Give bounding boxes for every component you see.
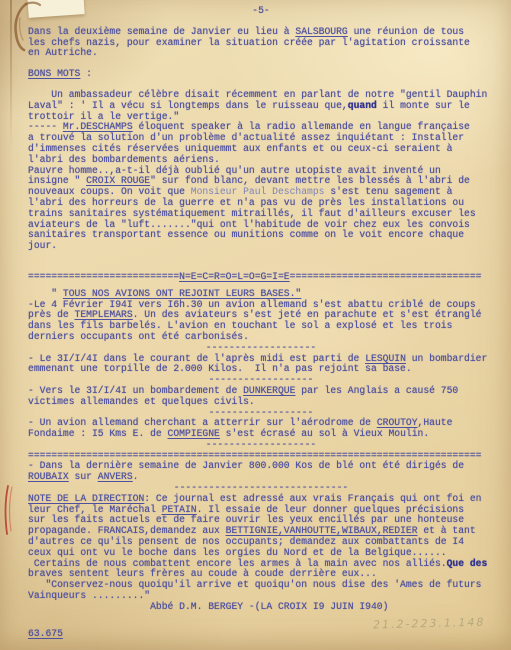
typed-segment: Pauvre homme..,a-t-il déjà oublié qu'un … [28, 165, 441, 176]
typed-segment: un bombardier [406, 353, 487, 364]
typed-segment: l'abri des bombardements aériens. [28, 154, 220, 165]
typed-segment: "Conservez-nous quoiqu'il arrive et quoi… [28, 579, 481, 590]
typed-segment: - Le 3I/I/4I dans le courant de l'après … [28, 353, 365, 364]
typed-segment: par les Anglais a causé 750 [295, 385, 458, 396]
typed-segment: trains sanitaires systématiquement mitra… [28, 208, 476, 219]
typed-segment: NOTE DE LA DIRECTION [28, 493, 144, 504]
paper-crease [10, 0, 12, 150]
typed-segment: LESQUIN [365, 353, 406, 364]
typed-segment: emmenant une torpille de 2.000 Kilos. Il… [28, 363, 412, 374]
typed-segment: CROIX ROUGE [86, 175, 150, 186]
typed-segment: N=E=C=R=O=L=O=G=I=E [179, 271, 289, 282]
typed-line: en Autriche. [28, 48, 494, 59]
typed-segment: - Un avion allemand cherchant a atterrir… [28, 417, 377, 428]
typed-segment: et à tant [418, 525, 476, 536]
typed-segment: ------------------ [209, 407, 314, 418]
typed-segment: sur [69, 471, 98, 482]
typed-segment: Abbé D.M. BERGEY -(LA CROIX I9 JUIN I940… [28, 601, 388, 612]
typed-segment: Dans la deuxième semaine de Janvier eu l… [28, 26, 295, 37]
typed-segment: insigne " [28, 175, 86, 186]
typed-segment: aviateurs de la "luft......."qui ont l'h… [28, 219, 470, 230]
typed-segment: ----- [28, 121, 63, 132]
typed-segment: éloquent speaker à la radio allemande en… [133, 121, 470, 132]
typed-segment: . [133, 471, 139, 482]
archive-stamp: 63.675 [28, 629, 494, 640]
section-heading: BONS MOTS : [28, 69, 494, 80]
typed-segment: jour. [28, 240, 57, 251]
typed-segment: TEMPLEMARS [75, 309, 133, 320]
typed-segment: sanitaires transportant essence ou munit… [28, 229, 464, 240]
typed-segment: sur les faits actuels et de faire ouvrir… [28, 514, 464, 525]
typed-segment: derniers occupants ont été carbonisés. [28, 331, 249, 342]
typed-line: jour. [28, 241, 494, 252]
typed-segment: Fondaime : I5 Kms E. de [28, 428, 168, 439]
typed-segment: DUNKERQUE [243, 385, 295, 396]
typed-segment: près de [28, 309, 75, 320]
typed-segment: victimes allemandes et quelques civils. [28, 396, 255, 407]
typed-segment: s'est tenu sagement à [325, 186, 453, 197]
typed-segment: l'abri des horreurs de la guerre et n'a … [28, 197, 464, 208]
typed-segment: ------------------------------ [174, 482, 348, 493]
typed-segment: a trouvé la solution d'un problème d'act… [28, 132, 464, 143]
typed-segment: ------------------- [206, 342, 316, 353]
necrologie-divider: ==========================N=E=C=R=O=L=O=… [28, 272, 494, 283]
typed-segment: Laval" : ' Il a vécu si longtemps dans l… [28, 100, 348, 111]
typed-segment: ceux qui ont vu le boche dans les orgies… [28, 547, 447, 558]
typed-segment: nouveaux coups. On voit que [28, 186, 191, 197]
typed-segment: TOUS NOS AVIONS ONT REJOINT LEURS BASES.… [63, 288, 301, 299]
typed-segment: Monsieur Paul Deschamps [191, 186, 325, 197]
typed-segment: d'autres ce qu'ils pensent de nos occupa… [28, 536, 464, 547]
page-number: -5- [28, 6, 494, 17]
typed-segment: BONS MOTS [28, 68, 80, 79]
red-margin-mark [6, 486, 12, 534]
typed-segment: les chefs nazis, pour examiner la situat… [28, 37, 470, 48]
typed-segment: . Un des aviateurs s'est jeté en parachu… [133, 309, 482, 320]
typed-segment: " [28, 288, 63, 299]
typed-segment: dans les fils barbelés. L'avion en touch… [28, 320, 452, 331]
typed-segment: - Dans la dernière semaine de Janvier 80… [28, 460, 464, 471]
typed-segment: propagande. FRANCAIS,demandez aux [28, 525, 226, 536]
typed-segment: " sur fond blanc, devant mettre les bles… [150, 175, 470, 186]
document-page: -5-Dans la deuxième semaine de Janvier e… [0, 0, 511, 650]
typed-segment: - Vers le 3I/I/4I un bombardement de [28, 385, 243, 396]
typed-segment: -5- [252, 5, 269, 16]
typed-segment: SALSBOURG [295, 26, 347, 37]
typed-segment: 63.675 [28, 628, 63, 639]
typed-line: sanitaires transportant essence ou munit… [28, 230, 494, 241]
typed-segment: ================================= [290, 271, 482, 282]
typed-segment: Vainqueurs ........." [28, 590, 150, 601]
typed-segment: ========================== [28, 271, 179, 282]
typed-segment: ,Haute [418, 417, 453, 428]
typed-segment: quand [348, 100, 377, 111]
typed-segment: ------------------ [209, 374, 314, 385]
typed-segment: ANVERS [98, 471, 133, 482]
typed-segment: il monte sur le [377, 100, 470, 111]
typed-segment: Certains de nous combattent encore les a… [28, 558, 447, 569]
typed-segment: : [80, 68, 92, 79]
typed-segment: ROUBAIX [28, 471, 69, 482]
typed-segment: Que des [447, 558, 488, 569]
typed-segment: Un ambassadeur célèbre disait récemment … [28, 89, 487, 100]
typed-segment: BETTIGNIE,VANHOUTTE,WIBAUX,REDIER [226, 525, 418, 536]
typed-segment: -Le 4 Février I94I vers I6h.30 un avion … [28, 299, 476, 310]
typed-segment: braves sentent leurs frères au coude à c… [28, 568, 377, 579]
typed-segment: CROUTOY [377, 417, 418, 428]
typed-segment: une réunion de tous [348, 26, 464, 37]
typed-segment: trottoir il a le vertige." [28, 111, 179, 122]
typed-segment: s'est écrasé au sol à Vieux Moulin. [220, 428, 429, 439]
typed-segment: COMPIEGNE [168, 428, 220, 439]
typed-segment: : Ce journal est adressé aux vrais Franç… [144, 493, 481, 504]
signature-line: Abbé D.M. BERGEY -(LA CROIX I9 JUIN I940… [28, 602, 494, 613]
typed-segment: ------------------- [206, 439, 316, 450]
typed-segment: en Autriche. [28, 47, 98, 58]
typed-text-body: -5-Dans la deuxième semaine de Janvier e… [28, 2, 494, 639]
typed-segment: d'immenses cités réservées uniquemmt aux… [28, 143, 452, 154]
typed-segment: Mr.DESCHAMPS [63, 121, 133, 132]
